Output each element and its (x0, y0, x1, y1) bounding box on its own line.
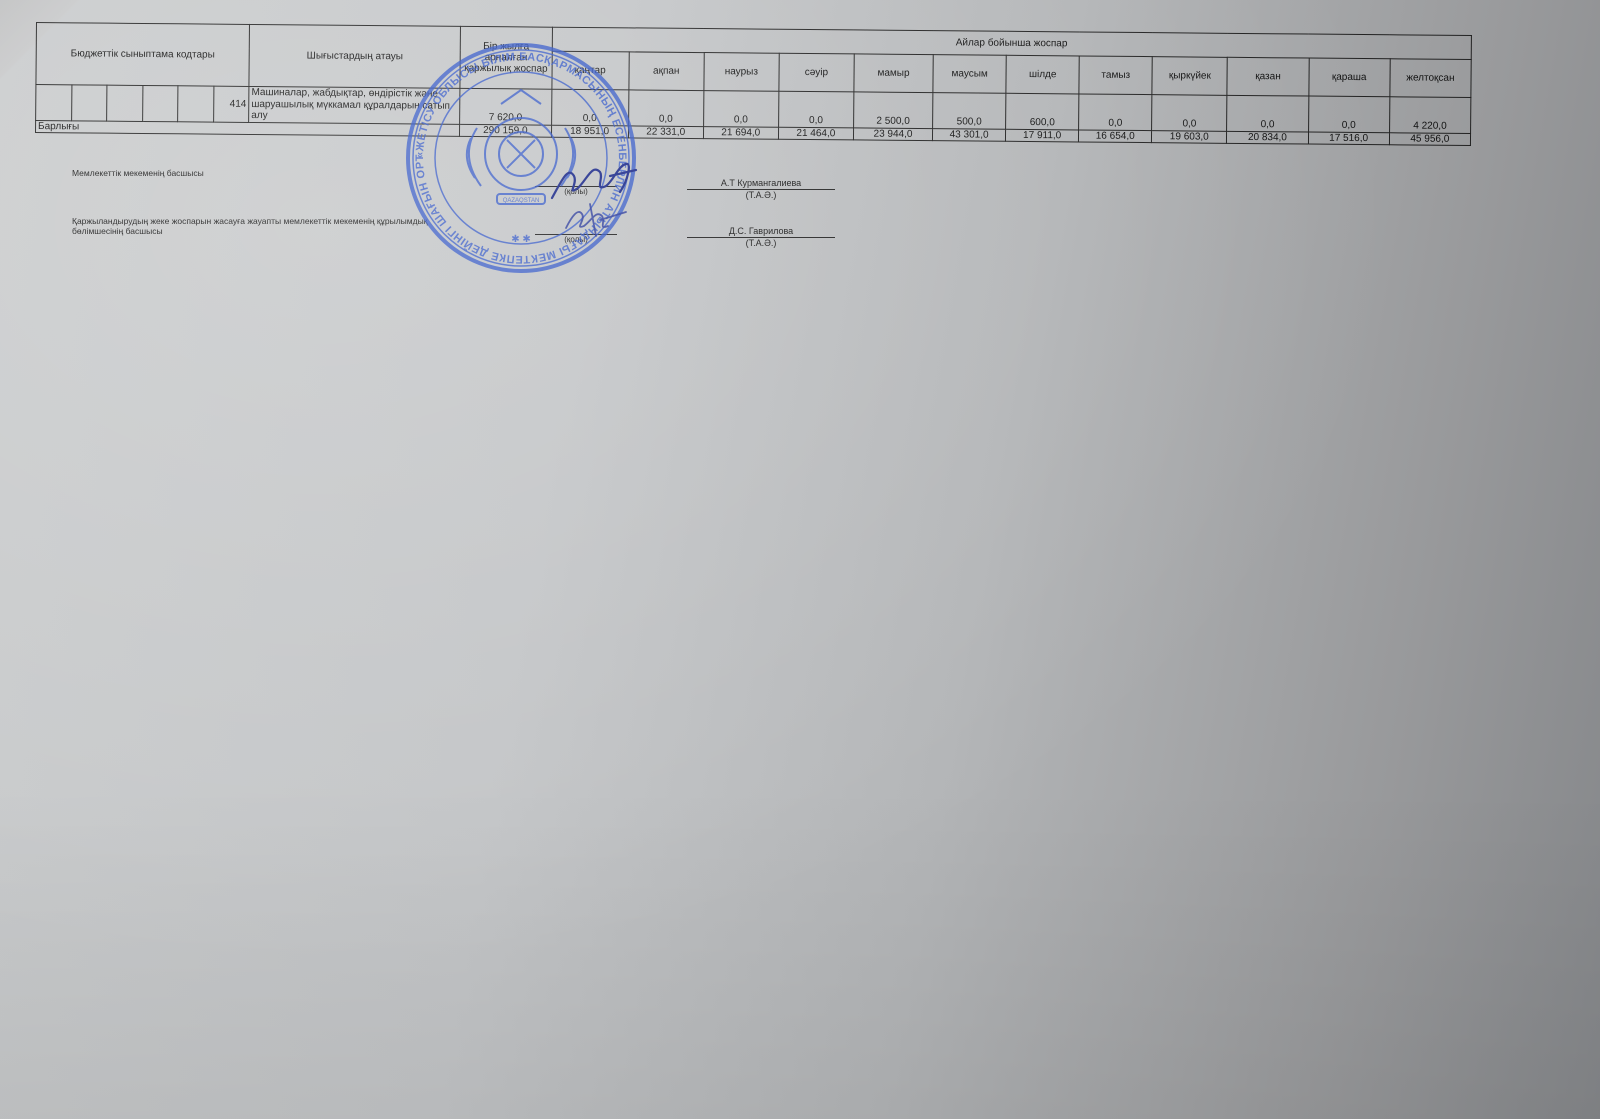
signatory-title: Қаржыландырудың жеке жоспарын жасауға жа… (72, 216, 432, 236)
header-month: қыркүйек (1152, 57, 1227, 96)
budget-code-cell: 414 (213, 86, 249, 122)
fio-caption: (Т.А.Ә.) (687, 238, 835, 248)
total-monthly-cell: 19 603,0 (1152, 131, 1227, 144)
total-monthly-cell: 23 944,0 (853, 128, 932, 141)
monthly-value-cell: 600,0 (1006, 93, 1079, 130)
monthly-value-cell: 0,0 (1079, 94, 1152, 131)
signatory-name: А.Т Курмангалиева (687, 178, 835, 190)
monthly-value-cell: 0,0 (628, 90, 703, 127)
header-month: мамыр (854, 54, 933, 93)
total-monthly-cell: 43 301,0 (933, 129, 1006, 142)
fio-caption: (Т.А.Ә.) (687, 190, 835, 200)
header-month: желтоқсан (1390, 59, 1472, 98)
document-page: Бюджеттік сыныптама кодтары Шығыстардың … (35, 22, 1472, 146)
budget-code-cell (178, 86, 214, 122)
total-monthly-cell: 16 654,0 (1079, 130, 1152, 143)
signatory-title: Мемлекеттік мекеменің басшысы (72, 168, 432, 178)
header-month: тамыз (1079, 56, 1152, 95)
monthly-value-cell: 500,0 (933, 93, 1006, 130)
monthly-value-cell: 0,0 (1227, 95, 1309, 132)
monthly-value-cell: 0,0 (703, 91, 778, 128)
header-month: қазан (1227, 57, 1309, 96)
header-month: қаңтар (551, 51, 628, 90)
budget-code-cell (107, 85, 143, 121)
signature-line: (қолы) (535, 186, 617, 196)
monthly-value-cell: 4 220,0 (1389, 97, 1471, 134)
header-month: маусым (933, 55, 1006, 94)
total-monthly-cell: 22 331,0 (628, 126, 703, 139)
header-month: сәуір (779, 53, 854, 92)
expense-name-cell: Машиналар, жабдықтар, өндірістік және ша… (249, 86, 460, 124)
annual-plan-cell: 7 620,0 (460, 88, 552, 125)
monthly-value-cell: 2 500,0 (853, 92, 932, 129)
signature-row-head: Мемлекеттік мекеменің басшысы (қолы) А.Т… (72, 168, 872, 216)
total-monthly-cell: 18 951,0 (551, 125, 628, 138)
header-month: қараша (1308, 58, 1390, 97)
total-monthly-cell: 21 464,0 (778, 127, 853, 140)
monthly-value-cell: 0,0 (1308, 96, 1390, 133)
total-monthly-cell: 45 956,0 (1389, 133, 1470, 146)
budget-code-cell (36, 85, 72, 121)
total-monthly-cell: 17 911,0 (1006, 129, 1079, 142)
signatory-name: Д.С. Гаврилова (687, 226, 835, 238)
total-annual-cell: 290 159,0 (460, 124, 551, 137)
header-expense-name: Шығыстардың атауы (249, 24, 461, 88)
total-label: Барлығы (35, 121, 459, 137)
monthly-value-cell: 0,0 (778, 91, 853, 128)
total-monthly-cell: 21 694,0 (703, 127, 778, 140)
total-monthly-cell: 17 516,0 (1308, 132, 1389, 145)
total-monthly-cell: 20 834,0 (1227, 131, 1308, 144)
budget-code-cell (142, 85, 178, 121)
header-budget-codes: Бюджеттік сыныптама кодтары (36, 23, 250, 87)
budget-code-cell (71, 85, 107, 121)
signature-line: (қолы) (535, 234, 617, 244)
header-month: ақпан (629, 52, 704, 91)
header-month: наурыз (704, 53, 779, 92)
monthly-value-cell: 0,0 (551, 89, 628, 126)
financing-plan-table: Бюджеттік сыныптама кодтары Шығыстардың … (35, 22, 1472, 146)
signature-row-structural: Қаржыландырудың жеке жоспарын жасауға жа… (72, 216, 872, 256)
header-annual-plan: Бір жылға арналған қаржылық жоспар (460, 26, 552, 89)
signature-block: Мемлекеттік мекеменің басшысы (қолы) А.Т… (72, 168, 872, 256)
header-month: шілде (1006, 55, 1079, 94)
monthly-value-cell: 0,0 (1152, 95, 1227, 132)
